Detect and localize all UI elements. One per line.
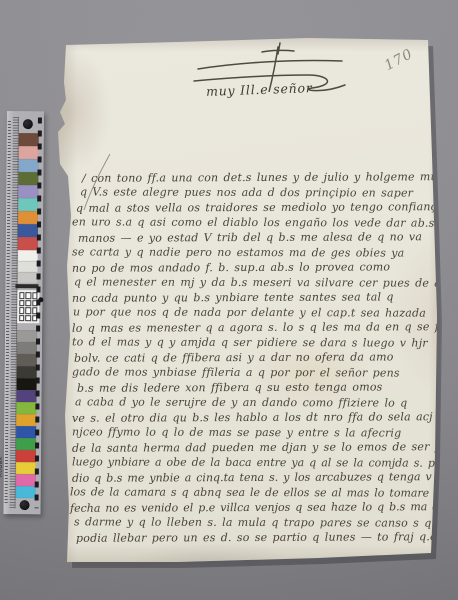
manuscript-line: s darme y q lo lleben s. la mula q trapo… bbox=[74, 514, 434, 530]
letter-body: / con tono ff.a una con det.s lunes y de… bbox=[72, 170, 434, 545]
grid-cell bbox=[19, 315, 24, 322]
grid-cell bbox=[19, 300, 24, 307]
photograph-background: Kodak bbox=[0, 0, 458, 600]
manuscript-line: fecha no es venido el p.e villca venjos … bbox=[70, 499, 434, 516]
gray-patch bbox=[17, 378, 37, 390]
manuscript-line: ve s. el otro dia qu b.s les hablo a los… bbox=[72, 409, 434, 426]
gray-patch bbox=[17, 354, 37, 366]
folio-number: 170 bbox=[382, 46, 416, 74]
grid-cell bbox=[26, 300, 31, 307]
manuscript-page: muy Ill.e señor 170 / con tono ff.a una … bbox=[58, 36, 440, 566]
color-patch-set-bottom bbox=[16, 390, 37, 498]
color-patch bbox=[16, 462, 36, 474]
strip-brand-label: Kodak bbox=[0, 456, 4, 477]
gray-patch bbox=[18, 250, 38, 261]
manuscript-line: / con tono ff.a una con det.s lunes y de… bbox=[82, 169, 434, 186]
manuscript-line: se carta y q nadie pero no estamos ma de… bbox=[72, 244, 434, 260]
color-patch bbox=[18, 237, 38, 250]
color-patch bbox=[16, 450, 36, 462]
color-patch bbox=[16, 474, 36, 486]
color-patch bbox=[16, 486, 36, 498]
manuscript-line: dio q b.s me ynbie a cinq.ta tena s. y l… bbox=[72, 469, 434, 486]
color-patch bbox=[18, 198, 38, 211]
registration-dot-icon bbox=[23, 119, 33, 129]
manuscript-line: bolv. ce cati q de ffibera asi y a dar n… bbox=[74, 349, 434, 366]
manuscript-line: manos — e yo estad V trib del q b.s me a… bbox=[78, 229, 434, 246]
color-patch bbox=[18, 159, 38, 172]
gray-patch-set-light bbox=[17, 250, 37, 283]
manuscript-line: q V.s este alegre pues nos ada d dos pri… bbox=[80, 184, 434, 200]
manuscript-line: njceo ffymo lo q lo de mas se pase y ent… bbox=[72, 424, 434, 440]
grid-cell bbox=[26, 307, 31, 314]
manuscript-line: los de la camara s q abnq sea le de ello… bbox=[70, 484, 434, 500]
gray-patch-set-dark bbox=[17, 330, 38, 390]
color-patch bbox=[16, 414, 36, 426]
gray-patch bbox=[17, 342, 37, 354]
manuscript-line: q mal a stos vella os traidores se medio… bbox=[76, 199, 434, 216]
grid-cell bbox=[26, 292, 31, 299]
manuscript-line: no cada punto y qu b.s ynbiare tente san… bbox=[72, 289, 434, 306]
color-patch bbox=[19, 133, 39, 146]
manuscript-line: q el menester en mj y da b.s meseri va s… bbox=[74, 274, 434, 290]
manuscript-line: a caba d yo le serujre de y an dando com… bbox=[75, 394, 434, 410]
gray-patch bbox=[17, 330, 37, 342]
color-patch bbox=[19, 146, 39, 159]
manuscript-line: no po de mos andado f. b. sup.a ab.s lo … bbox=[72, 259, 434, 276]
color-patch bbox=[18, 211, 38, 224]
color-patch-set-top bbox=[18, 133, 39, 250]
grid-cell bbox=[19, 307, 24, 314]
gray-patch bbox=[17, 272, 37, 283]
color-patch bbox=[18, 172, 38, 185]
grid-cell bbox=[19, 292, 24, 299]
strip-separator-bar bbox=[15, 284, 38, 288]
manuscript-line: podia llebar pero un es d. so se partio … bbox=[76, 529, 434, 546]
manuscript-line: to d el mas y q y amjda q ser pidiere se… bbox=[72, 334, 434, 350]
manuscript-line: lo q mas es menester q a agora s. lo s q… bbox=[72, 319, 434, 336]
gray-patch bbox=[18, 261, 38, 272]
color-patch bbox=[16, 390, 36, 402]
grid-cell bbox=[25, 315, 30, 322]
color-patch bbox=[16, 426, 36, 438]
manuscript-line: en uro s.a q asi como el diablo los enga… bbox=[72, 214, 434, 230]
manuscript-line: de la santa herma dad pueden me djan y s… bbox=[72, 439, 434, 456]
gray-patch bbox=[17, 366, 37, 378]
salutation: muy Ill.e señor bbox=[206, 80, 313, 99]
manuscript-line: gado de mos ynbiase ffileria a q por por… bbox=[72, 364, 434, 380]
color-patch bbox=[16, 438, 36, 450]
manuscript-line: b.s me dis ledere xon ffibera q su esto … bbox=[77, 379, 434, 396]
manuscript-line: u por que nos q de nada por delante y el… bbox=[73, 304, 434, 320]
manuscript-line: luego ynbiare a obe de la baca entre ya … bbox=[72, 454, 434, 470]
color-patch bbox=[18, 224, 38, 237]
color-calibration-strip: Kodak bbox=[3, 111, 44, 514]
registration-dot-icon bbox=[20, 500, 30, 510]
color-patch bbox=[18, 185, 38, 198]
color-patch bbox=[16, 402, 36, 414]
